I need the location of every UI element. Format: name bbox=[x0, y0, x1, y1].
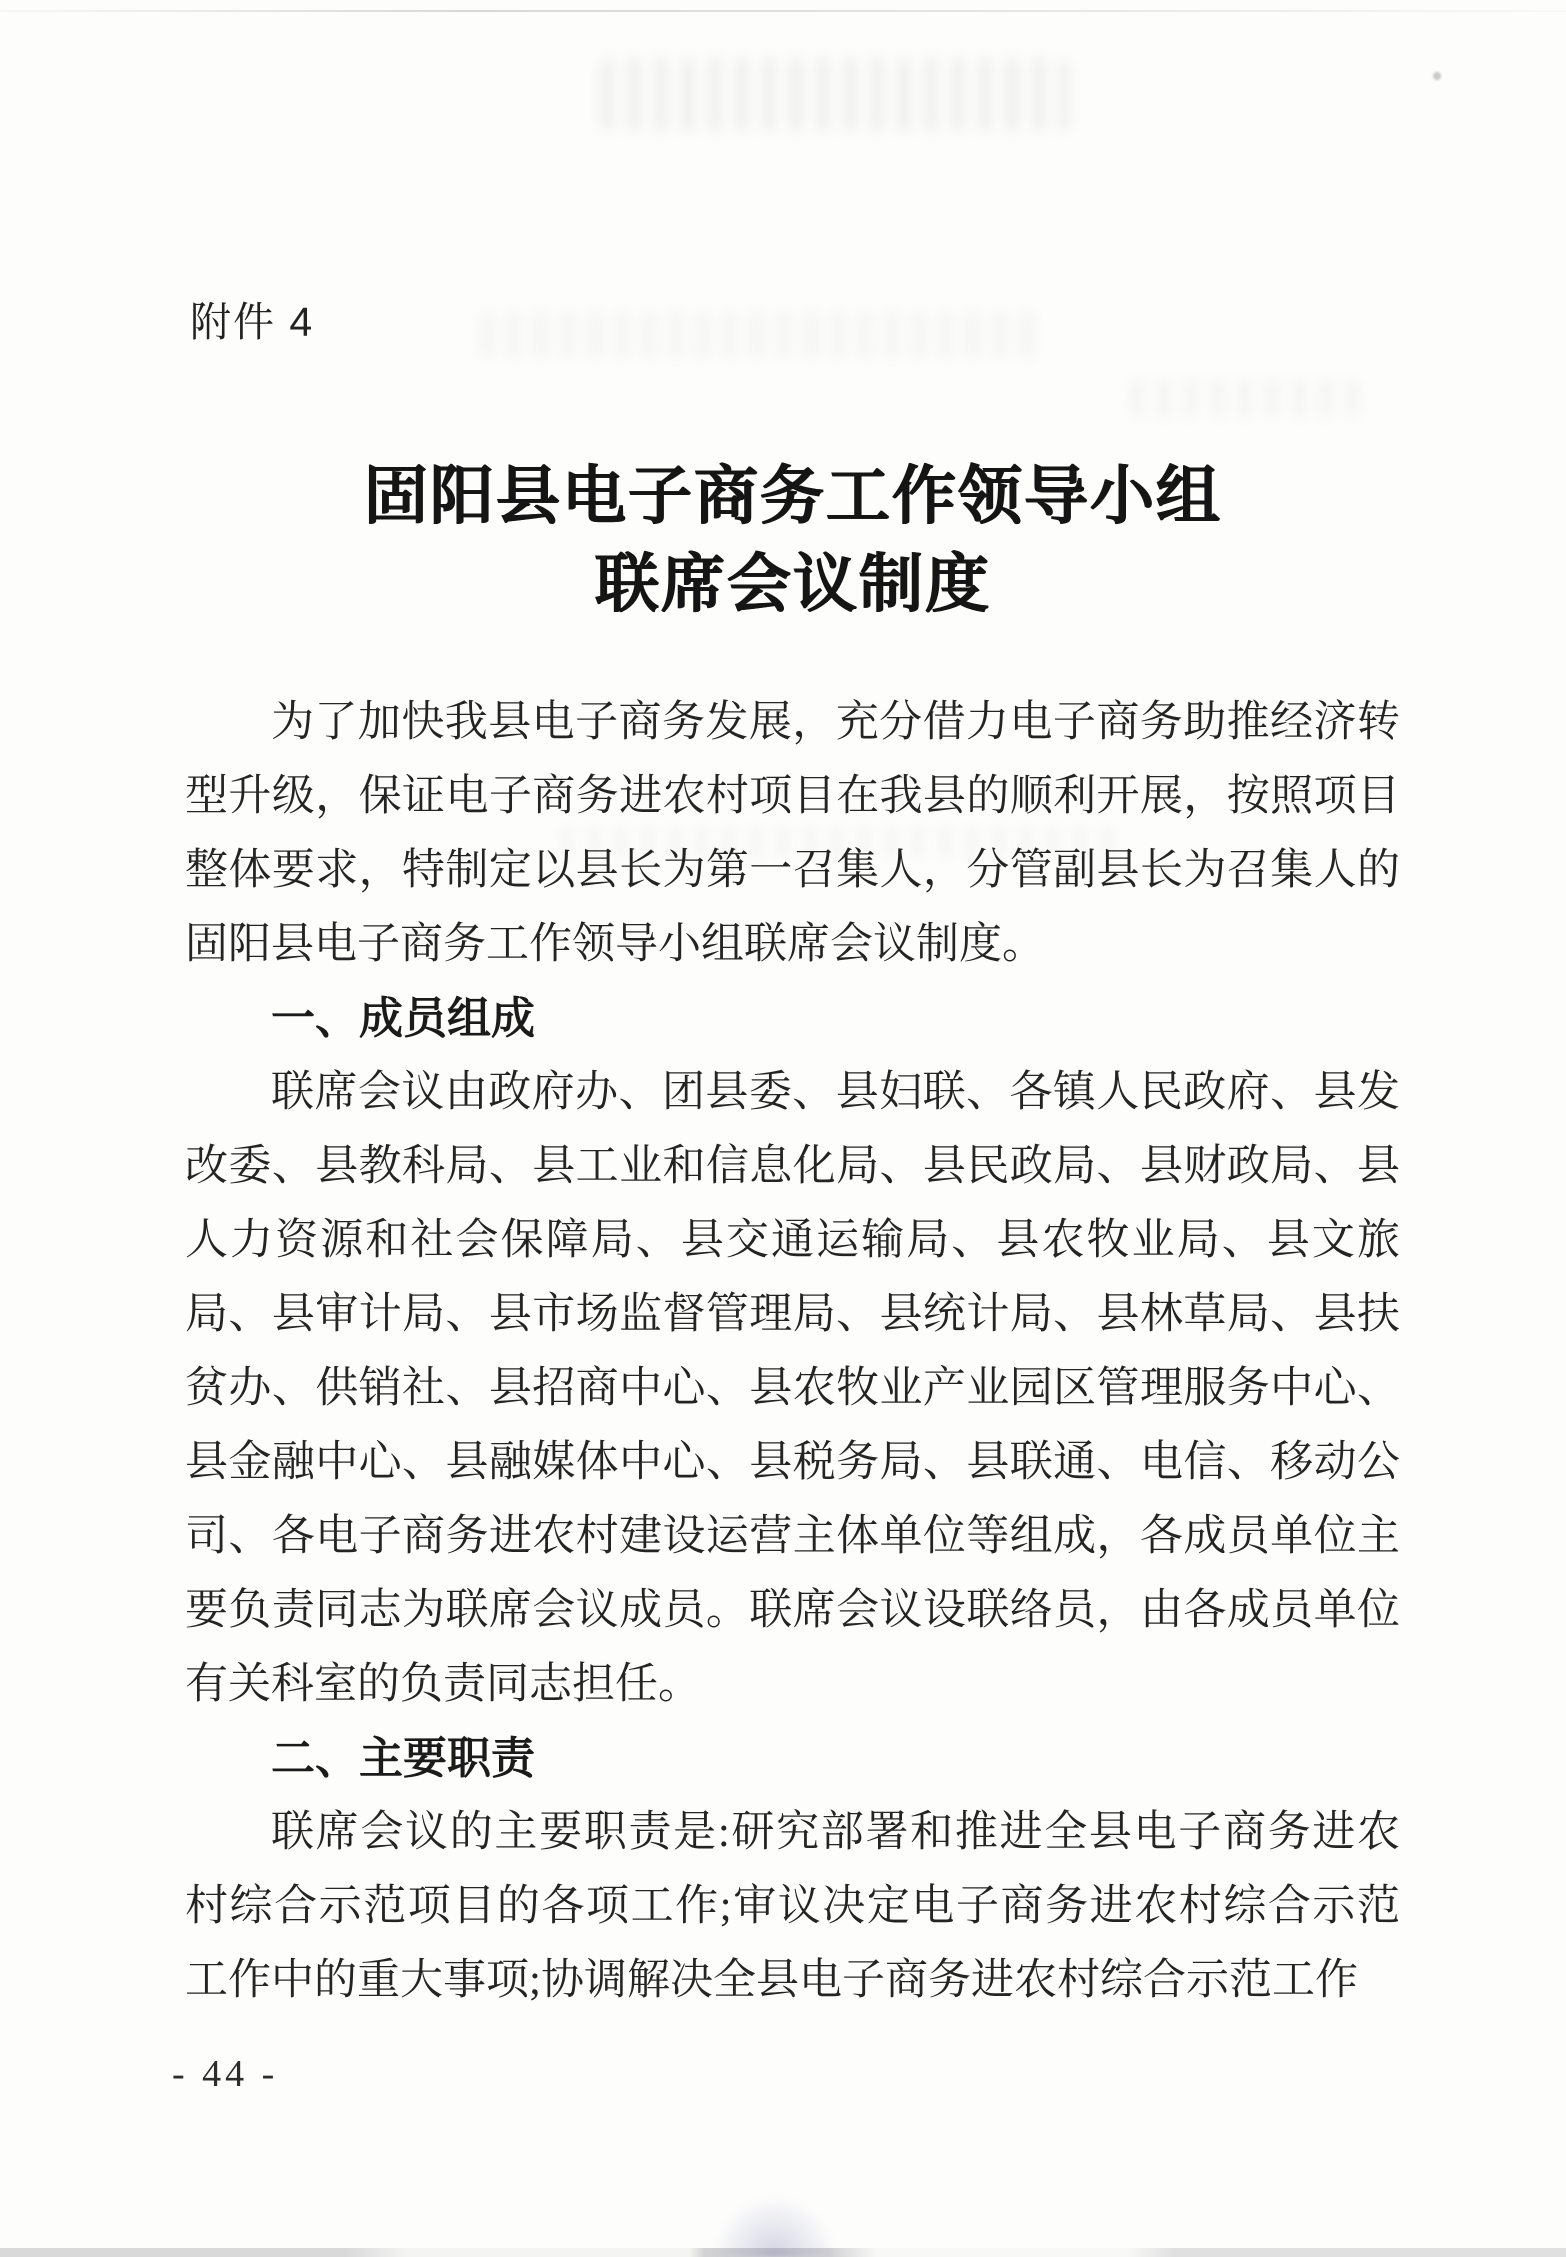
section-heading-members: 一、成员组成 bbox=[185, 982, 1400, 1056]
bleed-through-smudge bbox=[600, 58, 1070, 132]
scan-speck bbox=[1433, 72, 1441, 80]
scan-bottom-edge bbox=[0, 2248, 1566, 2257]
section-heading-duties: 二、主要职责 bbox=[185, 1722, 1400, 1796]
paragraph-members: 联席会议由政府办、团县委、县妇联、各镇人民政府、县发改委、县教科局、县工业和信息… bbox=[185, 1056, 1400, 1722]
page-number: - 44 - bbox=[172, 2052, 278, 2096]
document-title: 固阳县电子商务工作领导小组 联席会议制度 bbox=[185, 452, 1400, 628]
document-body: 附件 4 固阳县电子商务工作领导小组 联席会议制度 为了加快我县电子商务发展，充… bbox=[185, 300, 1400, 2018]
paragraph-duties: 联席会议的主要职责是:研究部署和推进全县电子商务进农村综合示范项目的各项工作;审… bbox=[185, 1796, 1400, 2018]
attachment-label: 附件 4 bbox=[190, 300, 1400, 344]
scanned-document-page: 附件 4 固阳县电子商务工作领导小组 联席会议制度 为了加快我县电子商务发展，充… bbox=[0, 0, 1566, 2257]
scan-bottom-smudge bbox=[712, 2195, 837, 2257]
scan-edge-line bbox=[0, 10, 1566, 12]
document-title-line-1: 固阳县电子商务工作领导小组 bbox=[185, 452, 1400, 540]
paragraph-intro: 为了加快我县电子商务发展，充分借力电子商务助推经济转型升级，保证电子商务进农村项… bbox=[185, 686, 1400, 982]
document-title-line-2: 联席会议制度 bbox=[185, 540, 1400, 628]
